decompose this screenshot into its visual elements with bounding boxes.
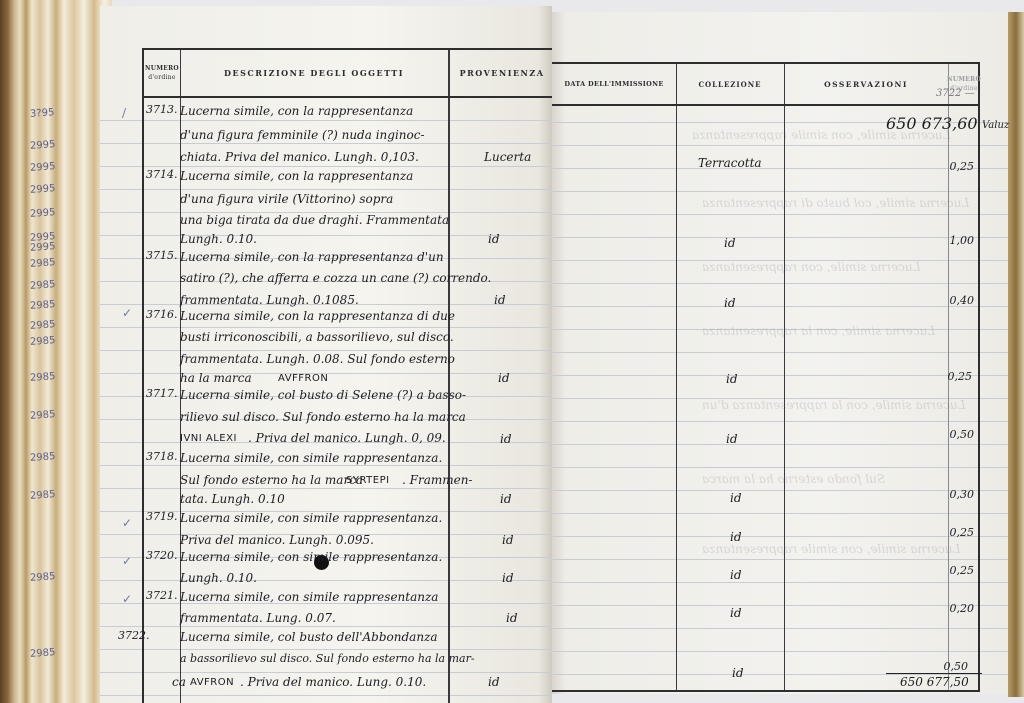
edge-number: 2985 <box>30 489 56 502</box>
entry-line: satiro (?), che afferra e cozza un cane … <box>180 271 491 285</box>
entry-line: Lucerna simile, col busto di Selene (?) … <box>180 388 466 402</box>
edge-number: 2995 <box>30 207 56 220</box>
maker-mark: SYRTEPI <box>346 475 390 486</box>
entry-line: Sul fondo esterno ha la marca <box>180 473 363 487</box>
entry-line: a bassorilievo sul disco. Sul fondo este… <box>180 652 475 665</box>
entry-line: d'una figura virile (Vittorino) sopra <box>180 192 393 206</box>
collezione-value: id <box>730 606 742 620</box>
entry-number: 3714. <box>146 168 178 181</box>
check-mark-icon: ✓ <box>122 306 132 320</box>
carried-note: Valuz <box>982 120 1009 131</box>
provenienza-value: id <box>488 675 500 689</box>
entry-line: busti irriconoscibili, a bassorilievo, s… <box>180 330 454 344</box>
edge-number: 2985 <box>30 299 56 312</box>
edge-number: 2985 <box>30 371 56 384</box>
provenienza-value: id <box>500 492 512 506</box>
entry-line: ha la marca <box>180 371 252 385</box>
header-data: DATA DELL'IMMISSIONE <box>552 64 676 104</box>
provenienza-value: id <box>494 293 506 307</box>
entry-line: . Frammen- <box>402 473 473 487</box>
show-through-text: Lucerna simile, con simile rappresentanz… <box>702 542 960 556</box>
provenienza-value: id <box>502 533 514 547</box>
osservazioni-value: 0,40 <box>934 294 974 307</box>
osservazioni-value: 0,50 <box>934 428 974 441</box>
edge-number: 2985 <box>30 335 56 348</box>
entry-line: Priva del manico. Lungh. 0.095. <box>180 533 374 547</box>
entry-line: Lucerna simile, con la rappresentanza <box>180 169 413 183</box>
provenienza-value: id <box>500 432 512 446</box>
entry-number: 3722. <box>118 629 150 642</box>
entry-number: 3721. <box>146 589 178 602</box>
entry-line: Lucerna simile, con la rappresentanza d'… <box>180 250 444 264</box>
entry-line: Lucerna simile, con simile rappresentanz… <box>180 511 442 525</box>
collezione-value: id <box>724 236 736 250</box>
collezione-value: Terracotta <box>698 156 762 170</box>
osservazioni-value: 0,25 <box>934 160 974 173</box>
osservazioni-value: 0,25 <box>932 370 972 383</box>
osservazioni-value: 0,20 <box>934 602 974 615</box>
collezione-value: id <box>726 372 738 386</box>
provenienza-value: id <box>506 611 518 625</box>
edge-number: 2985 <box>30 319 56 332</box>
edge-number: 3?95 <box>30 107 55 120</box>
entry-line: Lucerna simile, con simile rappresentanz… <box>180 451 442 465</box>
edge-number: 2995 <box>30 161 56 174</box>
provenienza-value: id <box>498 371 510 385</box>
osservazioni-value: 1,00 <box>934 234 974 247</box>
header-ordine-label: d'ordine <box>145 73 179 82</box>
entry-number: 3719. <box>146 510 178 523</box>
entry-number: 3720. <box>146 549 178 562</box>
check-mark-icon: / <box>122 106 126 120</box>
edge-number: 2995 <box>30 183 56 196</box>
edge-number: 2995 <box>30 139 56 152</box>
osservazioni-value: 0,30 <box>934 488 974 501</box>
entry-number: 3718. <box>146 450 178 463</box>
entry-line: Lucerna simile, con la rappresentanza <box>180 104 413 118</box>
entry-line: . Priva del manico. Lungh. 0, 09. <box>248 431 446 445</box>
maker-mark: IVNI ALEXI <box>180 433 237 444</box>
right-page-edge <box>1008 12 1024 697</box>
header-rule <box>552 104 978 106</box>
entry-line: frammentata. Lungh. 0.1085. <box>180 293 359 307</box>
header-collezione: COLLEZIONE <box>676 64 784 104</box>
header-provenienza: PROVENIENZA <box>450 50 554 96</box>
provenienza-value: id <box>502 571 514 585</box>
page-reference: 3722 — <box>936 88 975 99</box>
entry-line: rilievo sul disco. Sul fondo esterno ha … <box>180 410 466 424</box>
entry-line: Lucerna simile, con simile rappresentanz… <box>180 590 438 604</box>
collezione-value: id <box>726 432 738 446</box>
edge-number: 2985 <box>30 409 56 422</box>
entry-line: Lucerna simile, col busto dell'Abbondanz… <box>180 630 438 644</box>
entry-line: una biga tirata da due draghi. Frammenta… <box>180 213 449 227</box>
edge-number: 2995 <box>30 241 56 254</box>
edge-number: 2985 <box>30 451 56 464</box>
osservazioni-value: 0,25 <box>934 564 974 577</box>
entry-line: . Priva del manico. Lung. 0.10. <box>240 675 426 689</box>
entry-line: Lungh. 0.10. <box>180 232 257 246</box>
entry-number: 3716. <box>146 308 178 321</box>
edge-number: 2985 <box>30 279 56 292</box>
entry-line: Lucerna simile, con la rappresentanza di… <box>180 309 455 323</box>
show-through-text: Lucerna simile, con la rappresentanza <box>702 324 935 338</box>
provenienza-value: id <box>488 232 500 246</box>
osservazioni-value: 0,50 <box>928 660 968 673</box>
entry-line: frammentata. Lungh. 0.08. Sul fondo este… <box>180 352 455 366</box>
collezione-value: id <box>730 568 742 582</box>
show-through-text: Sul fondo esterno ha la marca <box>702 472 885 486</box>
check-mark-icon: ✓ <box>122 516 132 530</box>
entry-number: 3717. <box>146 387 178 400</box>
final-total: 650 677,50 <box>900 675 969 689</box>
collezione-value: id <box>732 666 744 680</box>
maker-mark: AVFFRON <box>278 373 328 384</box>
entry-number: 3713. <box>146 103 178 116</box>
header-osservazioni: OSSERVAZIONI <box>784 64 948 104</box>
show-through-text: Lucerna simile, col busto di rappresenta… <box>702 196 969 210</box>
maker-mark: AVFRON <box>190 677 234 688</box>
table-frame: DATA DELL'IMMISSIONE COLLEZIONE OSSERVAZ… <box>552 62 980 692</box>
show-through-text: Lucerna simile, con la rappresentanza d'… <box>702 398 966 412</box>
entry-line: Lucerna simile, con simile rappresentanz… <box>180 550 442 564</box>
edge-number: 2985 <box>30 571 56 584</box>
header-numero-label: NUMERO <box>145 64 179 73</box>
entry-line: d'una figura femminile (?) nuda inginoc- <box>180 128 425 142</box>
column-divider <box>784 64 785 690</box>
osservazioni-value: 0,25 <box>934 526 974 539</box>
entry-line: ca <box>172 675 186 689</box>
check-mark-icon: ✓ <box>122 554 132 568</box>
column-divider <box>676 64 677 690</box>
carried-total: 650 673,60 <box>886 114 978 133</box>
page-edges-stack: 3?95 2995 2995 2995 2995 2995 2995 2985 … <box>0 0 112 703</box>
header-rule <box>144 96 552 98</box>
show-through-text: Lucerna simile, con rappresentanza <box>702 260 920 274</box>
provenienza-value: Lucerta <box>484 150 531 164</box>
collezione-value: id <box>724 296 736 310</box>
entry-line: Lungh. 0.10. <box>180 571 257 585</box>
entry-number: 3715. <box>146 249 178 262</box>
edge-number: 2985 <box>30 647 56 660</box>
entry-line: chiata. Priva del manico. Lungh. 0,103. <box>180 150 419 164</box>
header-descrizione: DESCRIZIONE DEGLI OGGETTI <box>180 50 448 96</box>
edge-number: 2985 <box>30 257 56 270</box>
total-rule <box>886 673 982 674</box>
header-numero: NUMEROd'ordine <box>144 50 180 96</box>
open-ledger-book: 3?95 2995 2995 2995 2995 2995 2995 2985 … <box>0 0 1024 703</box>
collezione-value: id <box>730 491 742 505</box>
entry-line: tata. Lungh. 0.10 <box>180 492 285 506</box>
entry-line: frammentata. Lung. 0.07. <box>180 611 336 625</box>
column-divider <box>448 50 450 703</box>
check-mark-icon: ✓ <box>122 592 132 606</box>
header-numero-label: NUMERO <box>947 75 981 84</box>
collezione-value: id <box>730 530 742 544</box>
